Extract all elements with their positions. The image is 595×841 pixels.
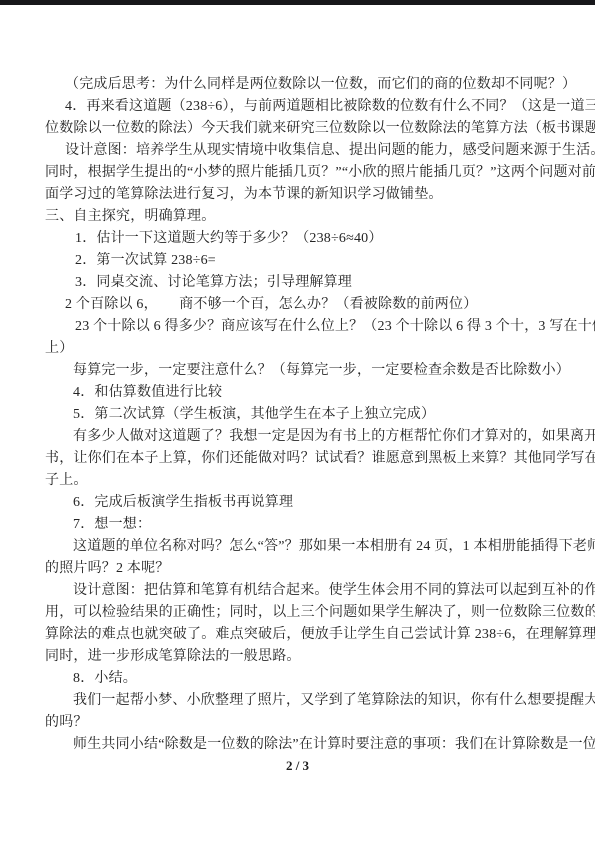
document-line: 2．第一次试算 238÷6=: [45, 250, 550, 272]
document-line: 23 个十除以 6 得多少？商应该写在什么位上？（23 个十除以 6 得 3 个…: [45, 316, 550, 338]
document-line: 1．估计一下这道题大约等于多少？（238÷6≈40）: [45, 228, 550, 250]
document-line: （完成后思考：为什么同样是两位数除以一位数，而它们的商的位数却不同呢？）: [45, 74, 550, 96]
document-line: 用，可以检验结果的正确性；同时，以上三个问题如果学生解决了，则一位数除三位数的笔: [45, 602, 550, 624]
document-line: 的照片吗？2 本呢？: [45, 558, 550, 580]
document-line: 师生共同小结“除数是一位数的除法”在计算时要注意的事项：我们在计算除数是一位: [45, 734, 550, 756]
document-line: 2 个百除以 6， 商不够一个百，怎么办？（看被除数的前两位）: [45, 294, 550, 316]
document-line: 4．和估算数值进行比较: [45, 382, 550, 404]
document-line: 同时，进一步形成笔算除法的一般思路。: [45, 646, 550, 668]
document-line: 这道题的单位名称对吗？怎么“答”？那如果一本相册有 24 页，1 本相册能插得下…: [45, 536, 550, 558]
document-line: 3．同桌交流、讨论笔算方法；引导理解算理: [45, 272, 550, 294]
document-line: 设计意图：把估算和笔算有机结合起来。使学生体会用不同的算法可以起到互补的作: [45, 580, 550, 602]
document-body: （完成后思考：为什么同样是两位数除以一位数，而它们的商的位数却不同呢？）4．再来…: [45, 74, 550, 756]
document-line: 位数除以一位数的除法）今天我们就来研究三位数除以一位数除法的笔算方法（板书课题）: [45, 118, 550, 140]
document-line: 7．想一想：: [45, 514, 550, 536]
page-number: 2 / 3: [0, 758, 595, 774]
document-page: （完成后思考：为什么同样是两位数除以一位数，而它们的商的位数却不同呢？）4．再来…: [0, 0, 595, 841]
document-line: 6．完成后板演学生指板书再说算理: [45, 492, 550, 514]
document-line: 三、自主探究，明确算理。: [45, 206, 550, 228]
document-line: 的吗？: [45, 712, 550, 734]
document-line: 每算完一步，一定要注意什么？（每算完一步，一定要检查余数是否比除数小）: [45, 360, 550, 382]
document-line: 设计意图：培养学生从现实情境中收集信息、提出问题的能力，感受问题来源于生活。: [45, 140, 550, 162]
document-line: 5．第二次试算（学生板演，其他学生在本子上独立完成）: [45, 404, 550, 426]
document-line: 4．再来看这道题（238÷6），与前两道题相比被除数的位数有什么不同？（这是一道…: [45, 96, 550, 118]
document-line: 书，让你们在本子上算，你们还能做对吗？试试看？谁愿意到黑板上来算？其他同学写在本: [45, 448, 550, 470]
document-line: 子上。: [45, 470, 550, 492]
document-line: 有多少人做对这道题了？我想一定是因为有书上的方框帮忙你们才算对的，如果离开: [45, 426, 550, 448]
document-line: 同时，根据学生提出的“小梦的照片能插几页？”“小欣的照片能插几页？”这两个问题对…: [45, 162, 550, 184]
document-line: 上）: [45, 338, 550, 360]
document-line: 面学习过的笔算除法进行复习，为本节课的新知识学习做铺垫。: [45, 184, 550, 206]
document-line: 算除法的难点也就突破了。难点突破后，便放手让学生自己尝试计算 238÷6，在理解…: [45, 624, 550, 646]
window-top-bar: [0, 0, 595, 5]
document-line: 8．小结。: [45, 668, 550, 690]
document-line: 我们一起帮小梦、小欣整理了照片，又学到了笔算除法的知识，你有什么想要提醒大家: [45, 690, 550, 712]
